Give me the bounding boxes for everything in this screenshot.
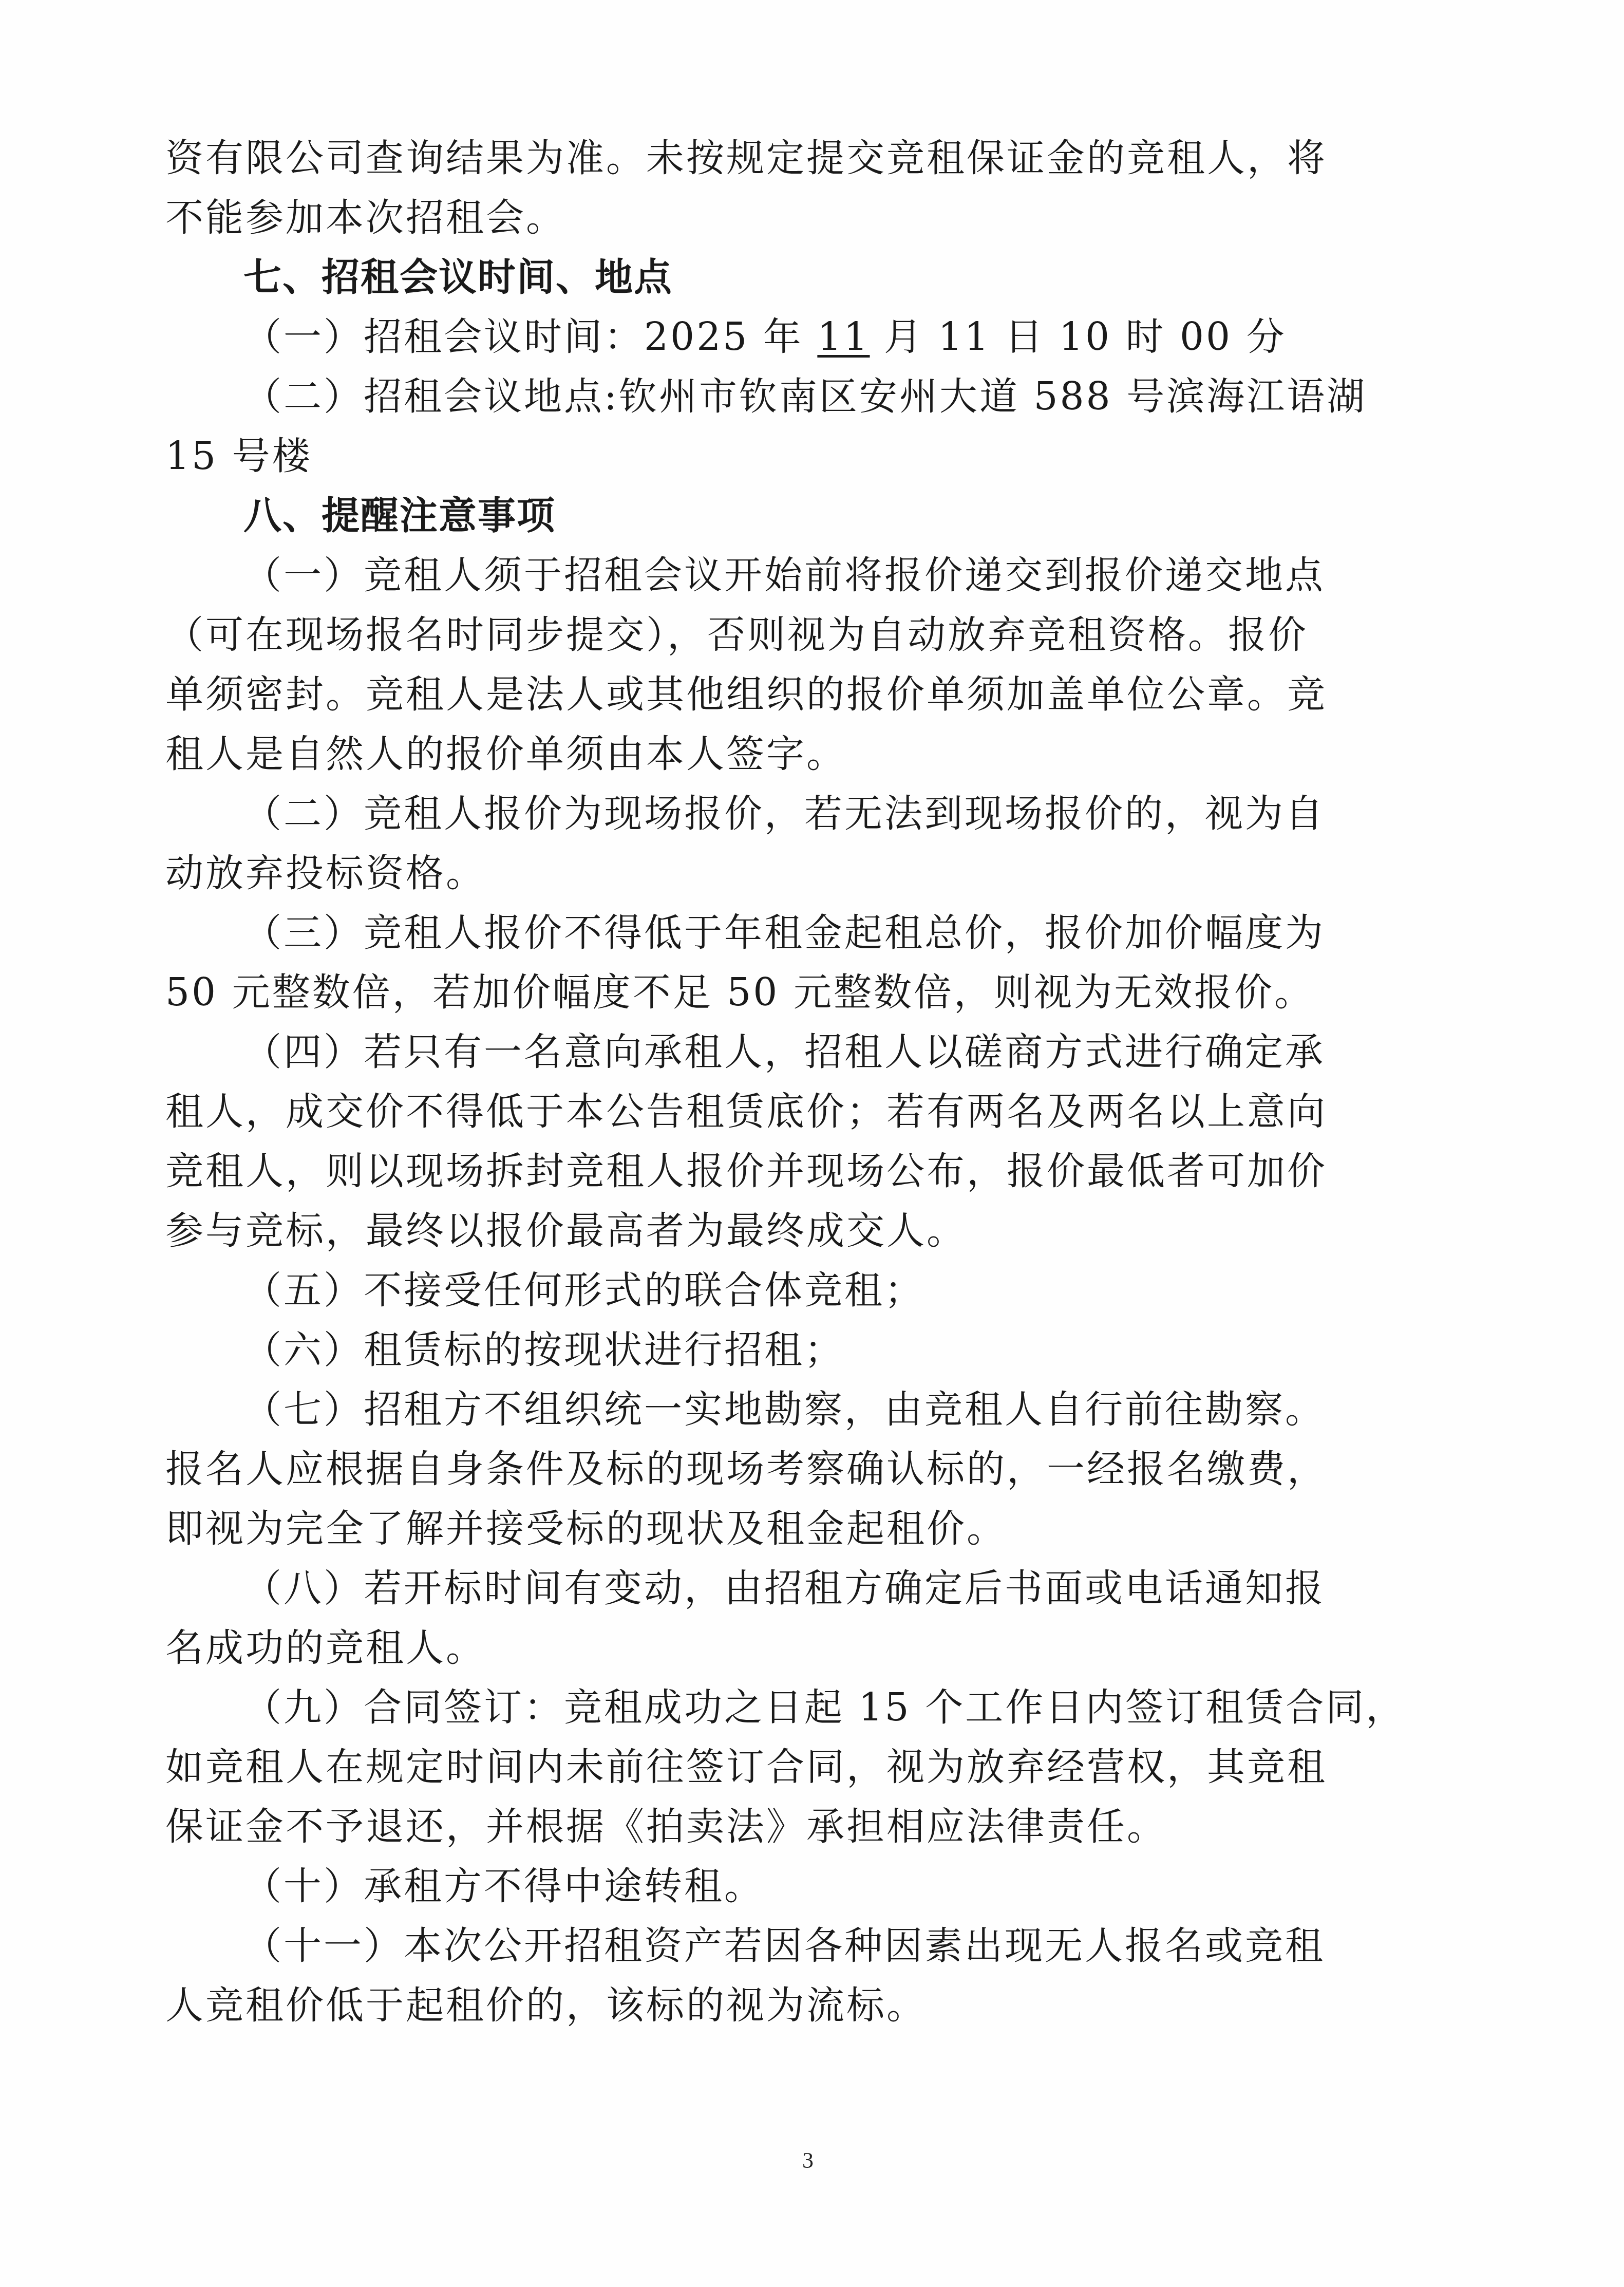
notice-item-1: （一）竞租人须于招租会议开始前将报价递交到报价递交地点: [165, 546, 1449, 605]
notice-item-2: （二）竞租人报价为现场报价，若无法到现场报价的，视为自: [165, 784, 1449, 843]
meeting-time-line: （一）招租会议时间：2025 年 11 月 11 日 10 时 00 分: [165, 307, 1449, 367]
notice-item-5: （五）不接受任何形式的联合体竞租；: [165, 1261, 1449, 1320]
paragraph-line: 竞租人，则以现场拆封竞租人报价并现场公布，报价最低者可加价: [165, 1141, 1449, 1201]
paragraph-line: 租人是自然人的报价单须由本人签字。: [165, 724, 1449, 784]
paragraph-line: 租人，成交价不得低于本公告租赁底价；若有两名及两名以上意向: [165, 1082, 1449, 1141]
paragraph-line: 资有限公司查询结果为准。未按规定提交竞租保证金的竞租人，将: [165, 128, 1449, 188]
paragraph-line: 15 号楼: [165, 426, 1449, 486]
notice-item-10: （十）承租方不得中途转租。: [165, 1857, 1449, 1916]
meeting-location-line: （二）招租会议地点:钦州市钦南区安州大道 588 号滨海江语湖: [165, 367, 1449, 426]
paragraph-line: 参与竞标，最终以报价最高者为最终成交人。: [165, 1201, 1449, 1261]
meeting-time-suffix: 月 11 日 10 时 00 分: [870, 315, 1287, 359]
meeting-month-underlined: 11: [817, 315, 870, 359]
section-heading-7: 七、招租会议时间、地点: [165, 248, 1449, 307]
meeting-time-prefix: （一）招租会议时间：2025 年: [243, 315, 817, 359]
paragraph-line: 单须密封。竞租人是法人或其他组织的报价单须加盖单位公章。竞: [165, 665, 1449, 724]
notice-item-4: （四）若只有一名意向承租人，招租人以磋商方式进行确定承: [165, 1022, 1449, 1082]
paragraph-line: 动放弃投标资格。: [165, 843, 1449, 903]
notice-item-3: （三）竞租人报价不得低于年租金起租总价，报价加价幅度为: [165, 903, 1449, 963]
paragraph-line: 人竞租价低于起租价的，该标的视为流标。: [165, 1976, 1449, 2035]
document-body: 资有限公司查询结果为准。未按规定提交竞租保证金的竞租人，将 不能参加本次招租会。…: [165, 128, 1449, 2035]
paragraph-line: 保证金不予退还，并根据《拍卖法》承担相应法律责任。: [165, 1797, 1449, 1857]
notice-item-8: （八）若开标时间有变动，由招租方确定后书面或电话通知报: [165, 1559, 1449, 1618]
document-page: 资有限公司查询结果为准。未按规定提交竞租保证金的竞租人，将 不能参加本次招租会。…: [0, 0, 1624, 2287]
paragraph-line: （可在现场报名时同步提交），否则视为自动放弃竞租资格。报价: [165, 605, 1449, 665]
notice-item-9: （九）合同签订：竞租成功之日起 15 个工作日内签订租赁合同，: [165, 1678, 1449, 1737]
paragraph-line: 即视为完全了解并接受标的现状及租金起租价。: [165, 1499, 1449, 1559]
notice-item-7: （七）招租方不组织统一实地勘察，由竞租人自行前往勘察。: [165, 1380, 1449, 1439]
section-heading-8: 八、提醒注意事项: [165, 486, 1449, 546]
paragraph-line: 不能参加本次招租会。: [165, 188, 1449, 248]
paragraph-line: 名成功的竞租人。: [165, 1618, 1449, 1678]
paragraph-line: 50 元整数倍，若加价幅度不足 50 元整数倍，则视为无效报价。: [165, 963, 1449, 1022]
paragraph-line: 报名人应根据自身条件及标的现场考察确认标的，一经报名缴费，: [165, 1439, 1449, 1499]
paragraph-line: 如竞租人在规定时间内未前往签订合同，视为放弃经营权，其竞租: [165, 1737, 1449, 1797]
page-number: 3: [802, 2147, 814, 2173]
notice-item-6: （六）租赁标的按现状进行招租；: [165, 1320, 1449, 1380]
notice-item-11: （十一）本次公开招租资产若因各种因素出现无人报名或竞租: [165, 1916, 1449, 1976]
